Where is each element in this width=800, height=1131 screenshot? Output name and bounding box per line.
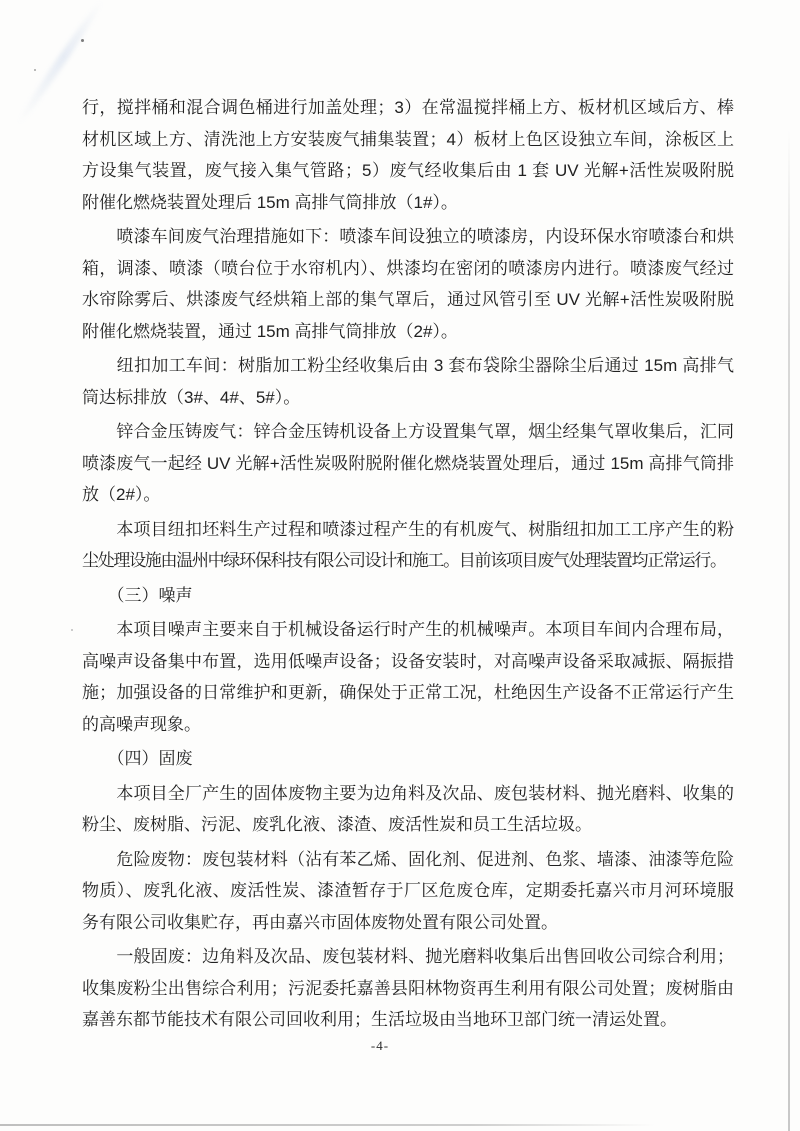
text-line: 尘处理设施由温州中绿环保科技有限公司设计和施工。目前该项目废气处理装置均正常运行… — [82, 545, 734, 577]
paragraph: 锌合金压铸废气：锌合金压铸机设备上方设置集气罩，烟尘经集气罩收集后，汇同喷漆废气… — [82, 416, 734, 511]
text-line: 方设集气装置，废气接入集气管路；5）废气经收集后由 1 套 UV 光解+活性炭吸… — [82, 155, 734, 187]
paragraph: 行，搅拌桶和混合调色桶进行加盖处理；3）在常温搅拌桶上方、板材机区域后方、棒材机… — [82, 92, 734, 218]
text-line: 嘉善东都节能技术有限公司回收利用；生活垃圾由当地环卫部门统一清运处置。 — [82, 1004, 734, 1036]
text-line: 的高噪声现象。 — [82, 709, 734, 741]
text-line: 行，搅拌桶和混合调色桶进行加盖处理；3）在常温搅拌桶上方、板材机区域后方、棒 — [82, 92, 734, 124]
page-number: -4- — [0, 1038, 760, 1054]
text-line: 物质）、废乳化液、废活性炭、漆渣暂存于厂区危废仓库，定期委托嘉兴市月河环境服 — [82, 875, 734, 907]
text-line: 高噪声设备集中布置，选用低噪声设备；设备安装时，对高噪声设备采取减振、隔振措 — [82, 646, 734, 678]
scan-right-edge-line — [788, 130, 790, 1131]
text-line: 本项目噪声主要来自于机械设备运行时产生的机械噪声。本项目车间内合理布局， — [82, 614, 734, 646]
text-line: 筒达标排放（3#、4#、5#）。 — [82, 382, 734, 414]
paragraph: 本项目全厂产生的固体废物主要为边角料及次品、废包装材料、抛光磨料、收集的粉尘、废… — [82, 778, 734, 841]
scan-bottom-edge-line — [0, 1124, 655, 1126]
text-line: 务有限公司收集贮存，再由嘉兴市固体废物处置有限公司处置。 — [82, 907, 734, 939]
paragraph: 纽扣加工车间：树脂加工粉尘经收集后由 3 套布袋除尘器除尘后通过 15m 高排气… — [82, 350, 734, 413]
text-line: 喷漆废气一起经 UV 光解+活性炭吸附脱附催化燃烧装置处理后，通过 15m 高排… — [82, 448, 734, 480]
text-line: （三）噪声 — [82, 580, 734, 612]
paragraph: 本项目纽扣坯料生产过程和喷漆过程产生的有机废气、树脂纽扣加工工序产生的粉尘处理设… — [82, 514, 734, 577]
text-line: 一般固废：边角料及次品、废包装材料、抛光磨料收集后出售回收公司综合利用； — [82, 941, 734, 973]
scan-speck-artifact — [71, 629, 73, 631]
text-line: 危险废物：废包装材料（沾有苯乙烯、固化剂、促进剂、色浆、墙漆、油漆等危险 — [82, 844, 734, 876]
text-line: 喷漆车间废气治理措施如下：喷漆车间设独立的喷漆房，内设环保水帘喷漆台和烘 — [82, 221, 734, 253]
section-heading: （三）噪声 — [82, 580, 734, 612]
document-body: 行，搅拌桶和混合调色桶进行加盖处理；3）在常温搅拌桶上方、板材机区域后方、棒材机… — [82, 92, 734, 1036]
text-line: （四）固废 — [82, 743, 734, 775]
text-line: 材机区域上方、清洗池上方安装废气捕集装置；4）板材上色区设独立车间，涂板区上 — [82, 124, 734, 156]
text-line: 收集废粉尘出售综合利用；污泥委托嘉善县阳林物资再生利用有限公司处置；废树脂由 — [82, 973, 734, 1005]
text-line: 箱，调漆、喷漆（喷台位于水帘机内）、烘漆均在密闭的喷漆房内进行。喷漆废气经过 — [82, 253, 734, 285]
paragraph: 本项目噪声主要来自于机械设备运行时产生的机械噪声。本项目车间内合理布局，高噪声设… — [82, 614, 734, 740]
text-line: 粉尘、废树脂、污泥、废乳化液、漆渣、废活性炭和员工生活垃圾。 — [82, 809, 734, 841]
scan-speck-artifact — [34, 69, 36, 71]
paragraph: 喷漆车间废气治理措施如下：喷漆车间设独立的喷漆房，内设环保水帘喷漆台和烘箱，调漆… — [82, 221, 734, 347]
paragraph: 危险废物：废包装材料（沾有苯乙烯、固化剂、促进剂、色浆、墙漆、油漆等危险物质）、… — [82, 844, 734, 939]
section-heading: （四）固废 — [82, 743, 734, 775]
text-line: 放（2#）。 — [82, 479, 734, 511]
scan-speck-artifact — [81, 39, 84, 42]
text-line: 附催化燃烧装置，通过 15m 高排气筒排放（2#）。 — [82, 316, 734, 348]
text-line: 本项目全厂产生的固体废物主要为边角料及次品、废包装材料、抛光磨料、收集的 — [82, 778, 734, 810]
scanned-page: 行，搅拌桶和混合调色桶进行加盖处理；3）在常温搅拌桶上方、板材机区域后方、棒材机… — [0, 0, 800, 1131]
text-line: 附催化燃烧装置处理后 15m 高排气筒排放（1#）。 — [82, 187, 734, 219]
text-line: 施；加强设备的日常维护和更新，确保处于正常工况，杜绝因生产设备不正常运行产生 — [82, 677, 734, 709]
text-line: 锌合金压铸废气：锌合金压铸机设备上方设置集气罩，烟尘经集气罩收集后，汇同 — [82, 416, 734, 448]
text-line: 本项目纽扣坯料生产过程和喷漆过程产生的有机废气、树脂纽扣加工工序产生的粉 — [82, 514, 734, 546]
text-line: 水帘除雾后、烘漆废气经烘箱上部的集气罩后，通过风管引至 UV 光解+活性炭吸附脱 — [82, 284, 734, 316]
paragraph: 一般固废：边角料及次品、废包装材料、抛光磨料收集后出售回收公司综合利用；收集废粉… — [82, 941, 734, 1036]
text-line: 纽扣加工车间：树脂加工粉尘经收集后由 3 套布袋除尘器除尘后通过 15m 高排气 — [82, 350, 734, 382]
